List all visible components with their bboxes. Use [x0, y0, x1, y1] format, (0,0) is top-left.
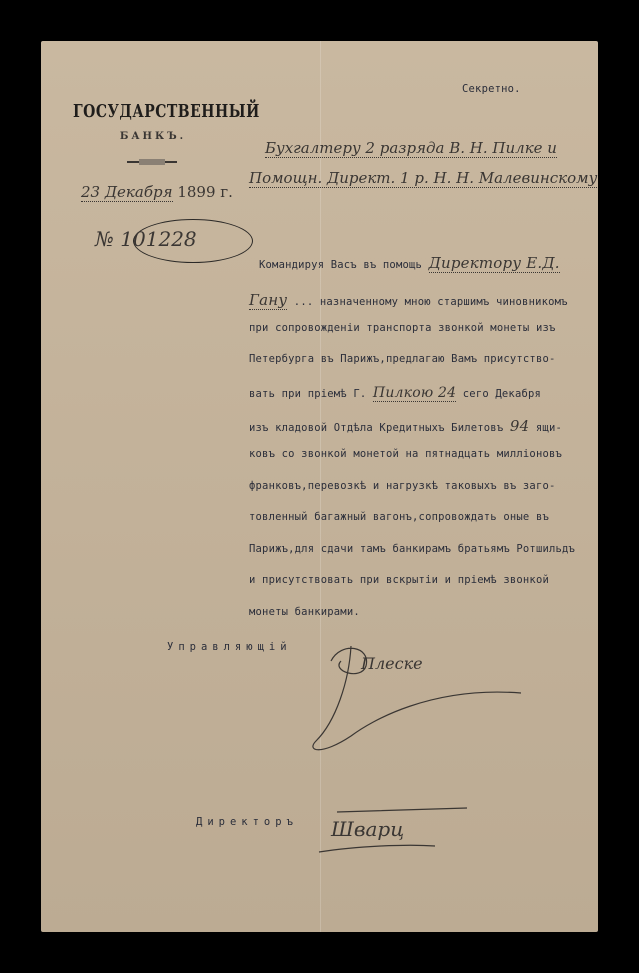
body-line-3: при сопровожденiи транспорта звонкой мон…: [249, 322, 556, 334]
letterhead-subtitle: БАНКЪ.: [73, 131, 233, 142]
letter-number: № 101228: [95, 227, 197, 251]
body-line-10: Парижъ,для сдачи тамъ банкирамъ братьямъ…: [249, 543, 575, 555]
number-label: №: [95, 227, 114, 251]
addressee-line-1: Бухгалтеру 2 разряда В. Н. Пилке и: [265, 139, 557, 158]
signature-manager: Плеске: [311, 641, 531, 756]
number-value: 101228: [120, 227, 196, 251]
letterhead-title: ГОСУДАРСТВЕННЫЙ: [73, 102, 233, 122]
body-line-9: товленный багажный вагонъ,сопровождать о…: [249, 511, 549, 523]
letterhead-rule: [127, 161, 177, 163]
addressee-line-2: Помощн. Директ. 1 р. Н. Н. Малевинскому: [249, 169, 597, 188]
body-line-7: ковъ со звонкой монетой на пятнадцать ми…: [249, 448, 562, 460]
svg-text:Шварц: Шварц: [330, 817, 404, 841]
signature-director-icon: Шварц: [317, 806, 467, 856]
handwritten-fill: 94: [510, 417, 530, 435]
handwritten-fill: Гану: [249, 291, 287, 310]
svg-text:Плеске: Плеске: [360, 654, 423, 673]
body-line-1: Командируя Васъ въ помощь Директору Е.Д.: [259, 254, 560, 272]
signature-director: Шварц: [317, 806, 467, 861]
letter-date: 23 Декабря 1899 г.: [81, 183, 233, 201]
signatory-title-manager: Управляющiй: [167, 641, 292, 653]
handwritten-fill: Директору Е.Д.: [429, 254, 560, 273]
date-day-month: 23 Декабря: [81, 183, 173, 202]
handwritten-fill: Пилкою 24: [373, 385, 456, 402]
body-line-2: Гану ... назначенному мною старшимъ чино…: [249, 291, 568, 309]
classification-mark: Секретно.: [462, 83, 521, 95]
body-line-8: франковъ,перевозкѣ и нагрузкѣ таковыхъ в…: [249, 480, 556, 492]
document-sheet: ГОСУДАРСТВЕННЫЙ БАНКЪ. 23 Декабря 1899 г…: [41, 41, 598, 932]
signatory-title-director: Директоръ: [196, 816, 298, 828]
body-line-4: Петербурга въ Парижъ,предлагаю Вамъ прис…: [249, 353, 556, 365]
body-line-5: вать при прiемѣ Г. Пилкою 24 сего Декабр…: [249, 385, 541, 401]
body-line-12: монеты банкирами.: [249, 606, 360, 618]
date-suffix: г.: [220, 183, 233, 201]
signature-manager-icon: Плеске: [311, 641, 531, 751]
date-year: 1899: [177, 183, 215, 201]
body-line-6: изъ кладовой Отдѣла Кредитныхъ Билетовъ …: [249, 417, 562, 435]
body-line-11: и присутствовать при вскрытiи и прiемѣ з…: [249, 574, 549, 586]
